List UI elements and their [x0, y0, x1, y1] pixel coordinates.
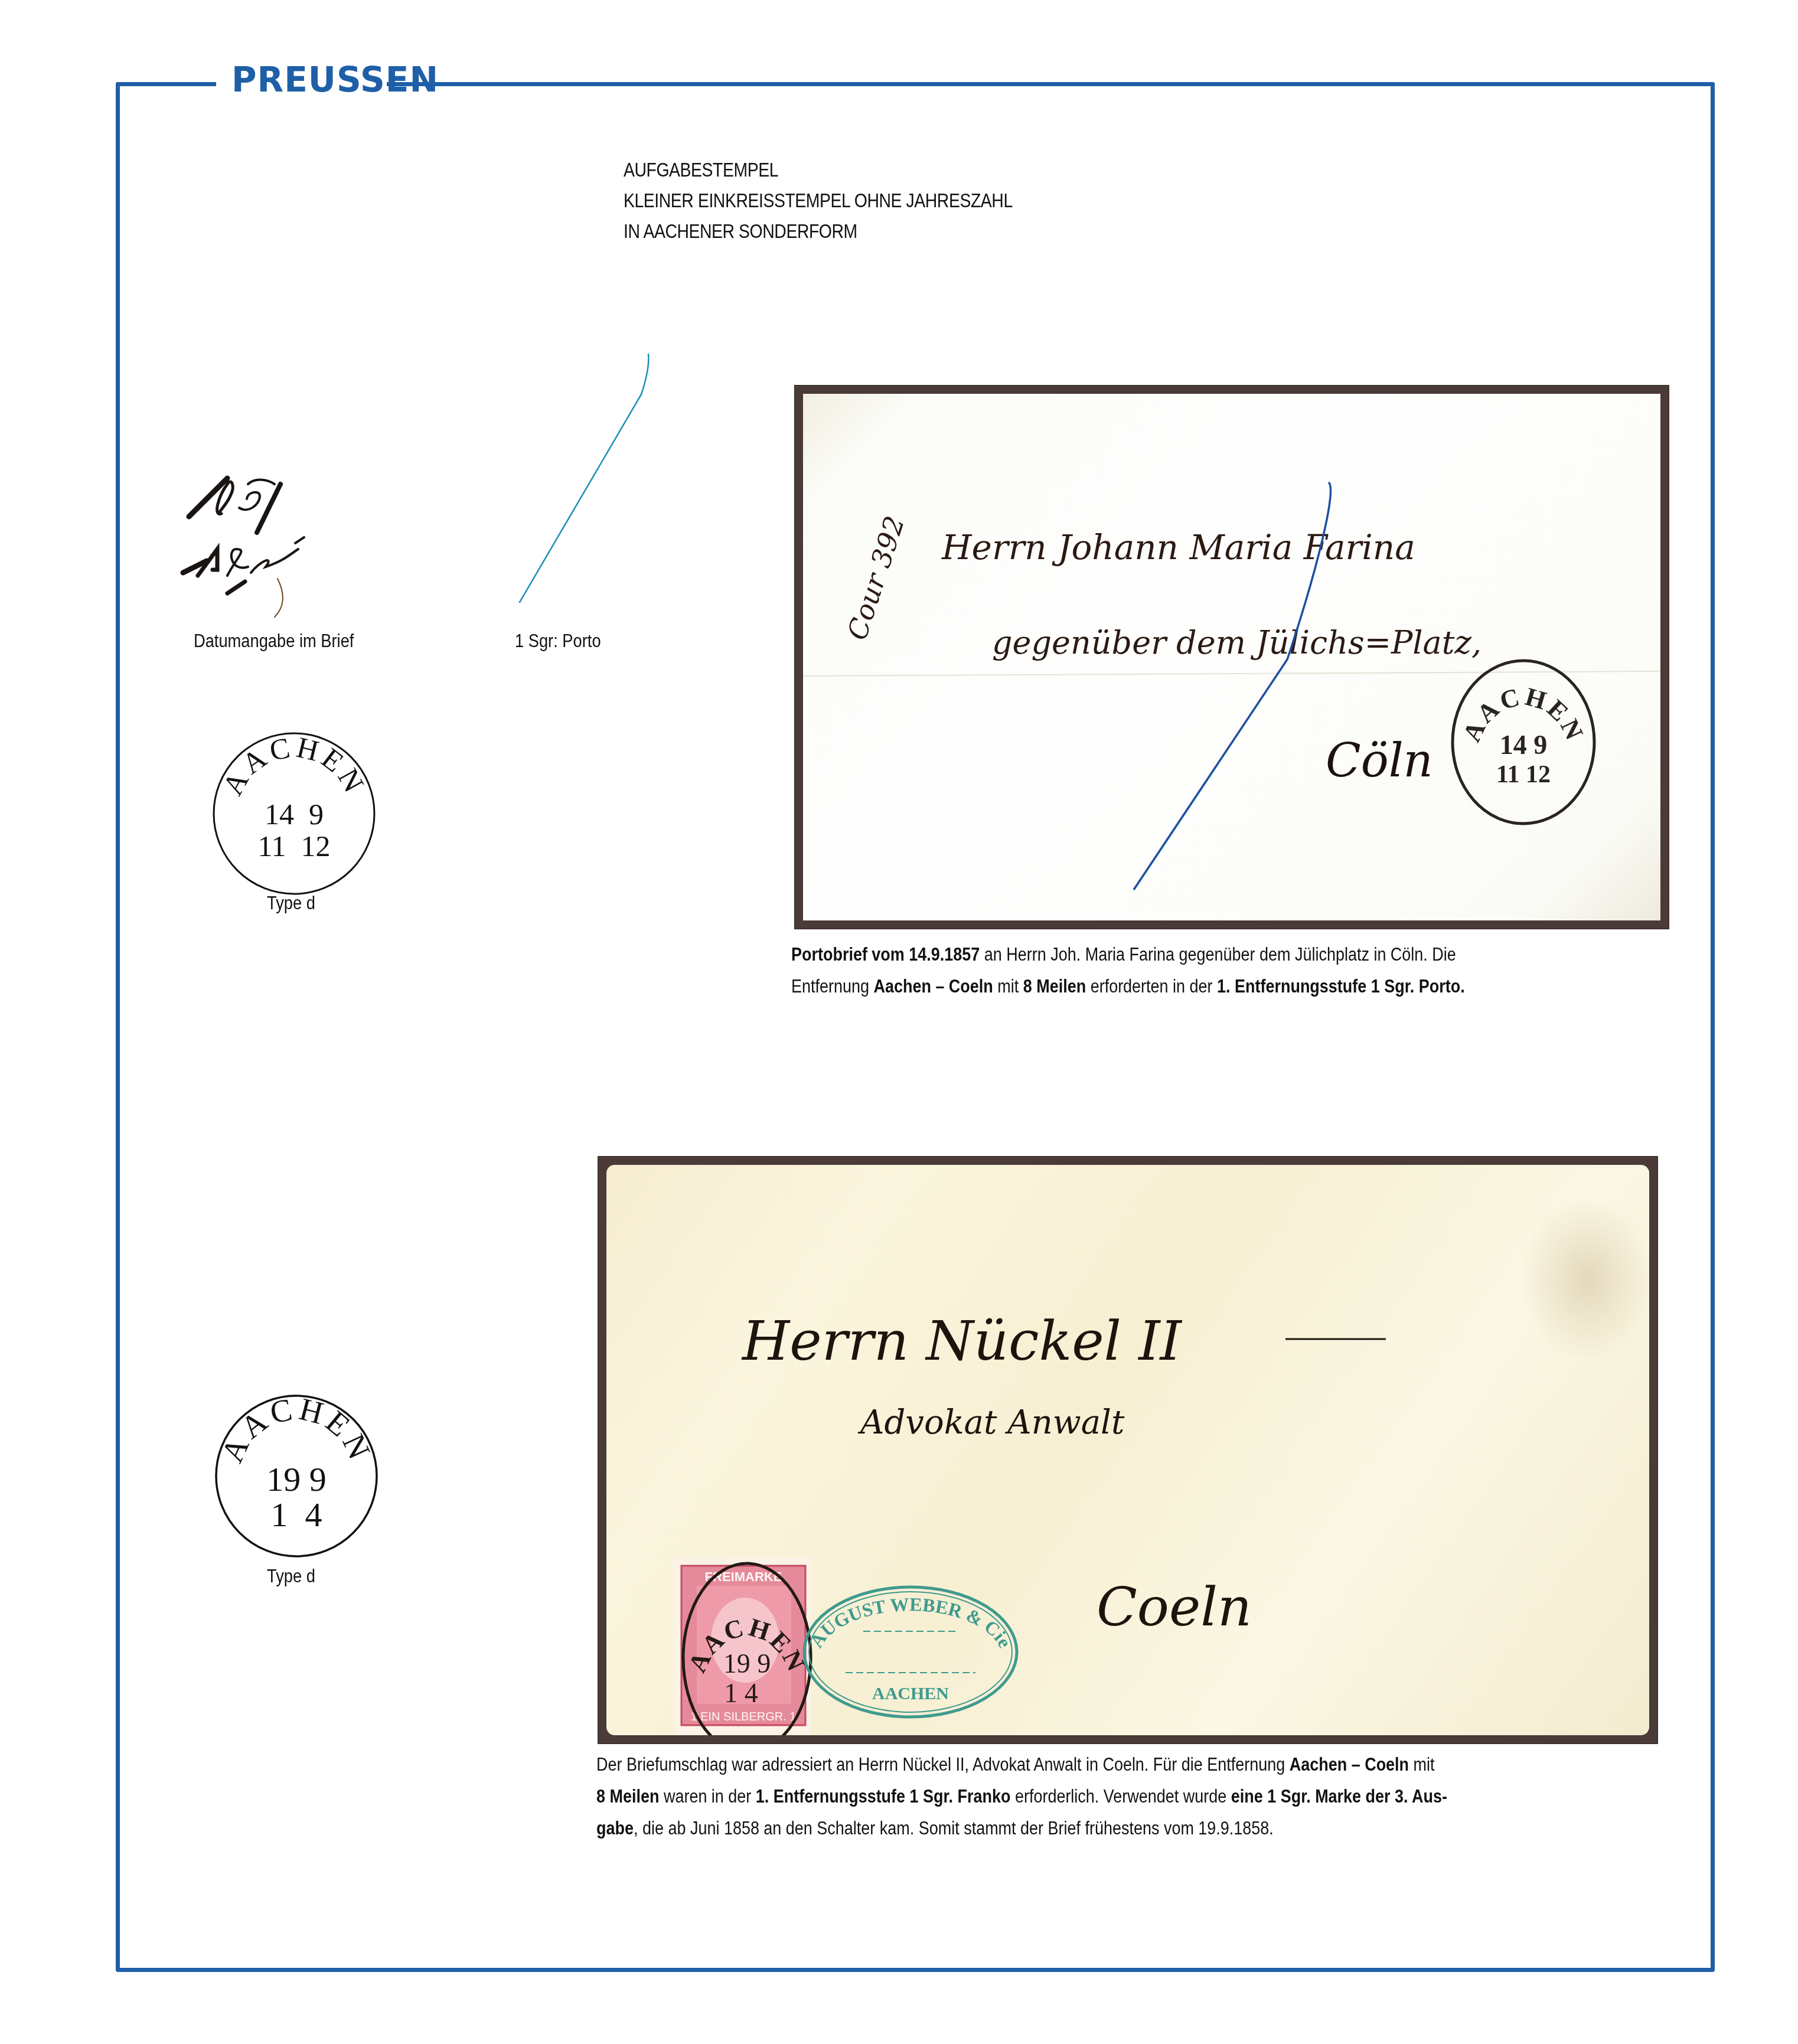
heading-line-2: KLEINER EINKREISSTEMPEL OHNE JAHRESZAHL — [624, 185, 1013, 216]
svg-text:14 9: 14 9 — [265, 798, 324, 831]
frame-top-rule-left — [116, 82, 216, 86]
cover-1-postmark: AACHEN 14 9 11 12 — [1453, 661, 1594, 824]
cover-1-description: Portobrief vom 14.9.1857 an Herrn Joh. M… — [791, 939, 1565, 1003]
svg-text:Cour 392: Cour 392 — [841, 512, 911, 644]
sender-oval-handstamp: AUGUST WEBER & Cie AACHEN — [804, 1587, 1017, 1717]
svg-text:11 12: 11 12 — [1496, 761, 1551, 788]
cover-2-description: Der Briefumschlag war adressiert an Herr… — [596, 1749, 1574, 1844]
handwritten-date-excerpt — [171, 461, 384, 620]
address-line-2: gegenüber dem Jülichs=Platz, — [992, 624, 1482, 661]
svg-text:AACHEN: AACHEN — [872, 1684, 949, 1703]
date-caption: Datumangabe im Brief — [194, 631, 354, 652]
svg-text:1 EIN SILBERGR. 1: 1 EIN SILBERGR. 1 — [691, 1710, 797, 1723]
address-line-3: Cöln — [1326, 734, 1433, 788]
svg-text:19 9: 19 9 — [723, 1648, 771, 1679]
svg-text:11 12: 11 12 — [257, 830, 330, 863]
description-line: Der Briefumschlag war adressiert an Herr… — [596, 1749, 1447, 1781]
svg-text:1 4: 1 4 — [724, 1678, 758, 1708]
svg-text:AACHEN: AACHEN — [216, 730, 373, 801]
svg-text:14 9: 14 9 — [1500, 730, 1548, 760]
cover-1-portobrief: Cour 392 Herrn Johann Maria Farina gegen… — [794, 385, 1669, 929]
cover-1-artwork: Cour 392 Herrn Johann Maria Farina gegen… — [803, 394, 1660, 920]
cancel-2-caption: Type d — [267, 1566, 315, 1587]
cancel-drawing-type-d-1: AACHEN 14 9 11 12 — [205, 725, 383, 902]
side-note-cour: Cour 392 — [841, 512, 911, 644]
description-line: Entfernung Aachen – Coeln mit 8 Meilen e… — [791, 971, 1465, 1003]
cover-2-artwork: Herrn Nückel II Advokat Anwalt Coeln FRE… — [606, 1165, 1649, 1735]
frame-top-rule-right — [387, 82, 1715, 86]
section-heading: AUFGABESTEMPEL KLEINER EINKREISSTEMPEL O… — [624, 155, 1076, 247]
cover-2-envelope: Herrn Nückel II Advokat Anwalt Coeln FRE… — [598, 1156, 1658, 1744]
svg-text:1 4: 1 4 — [271, 1496, 322, 1534]
description-line: gabe, die ab Juni 1858 an den Schalter k… — [596, 1813, 1447, 1844]
description-line: Portobrief vom 14.9.1857 an Herrn Joh. M… — [791, 939, 1465, 971]
svg-text:19 9: 19 9 — [266, 1460, 327, 1498]
cancel-1-caption: Type d — [267, 893, 315, 914]
address-line-2: Advokat Anwalt — [857, 1403, 1125, 1442]
svg-text:AACHEN: AACHEN — [214, 1391, 379, 1468]
address-line-1: Herrn Johann Maria Farina — [941, 527, 1415, 567]
cancel-drawing-type-d-2: AACHEN 19 9 1 4 — [208, 1387, 385, 1565]
heading-line-1: AUFGABESTEMPEL — [624, 155, 1013, 185]
porto-pen-stroke — [508, 348, 661, 608]
heading-line-3: IN AACHENER SONDERFORM — [624, 216, 1013, 247]
address-line-3: Coeln — [1097, 1576, 1252, 1638]
address-line-1: Herrn Nückel II — [741, 1310, 1183, 1373]
porto-caption: 1 Sgr: Porto — [515, 631, 601, 652]
svg-text:AUGUST WEBER & Cie: AUGUST WEBER & Cie — [805, 1594, 1016, 1651]
page-title: PREUSSEN — [231, 59, 439, 100]
description-line: 8 Meilen waren in der 1. Entfernungsstuf… — [596, 1781, 1447, 1813]
